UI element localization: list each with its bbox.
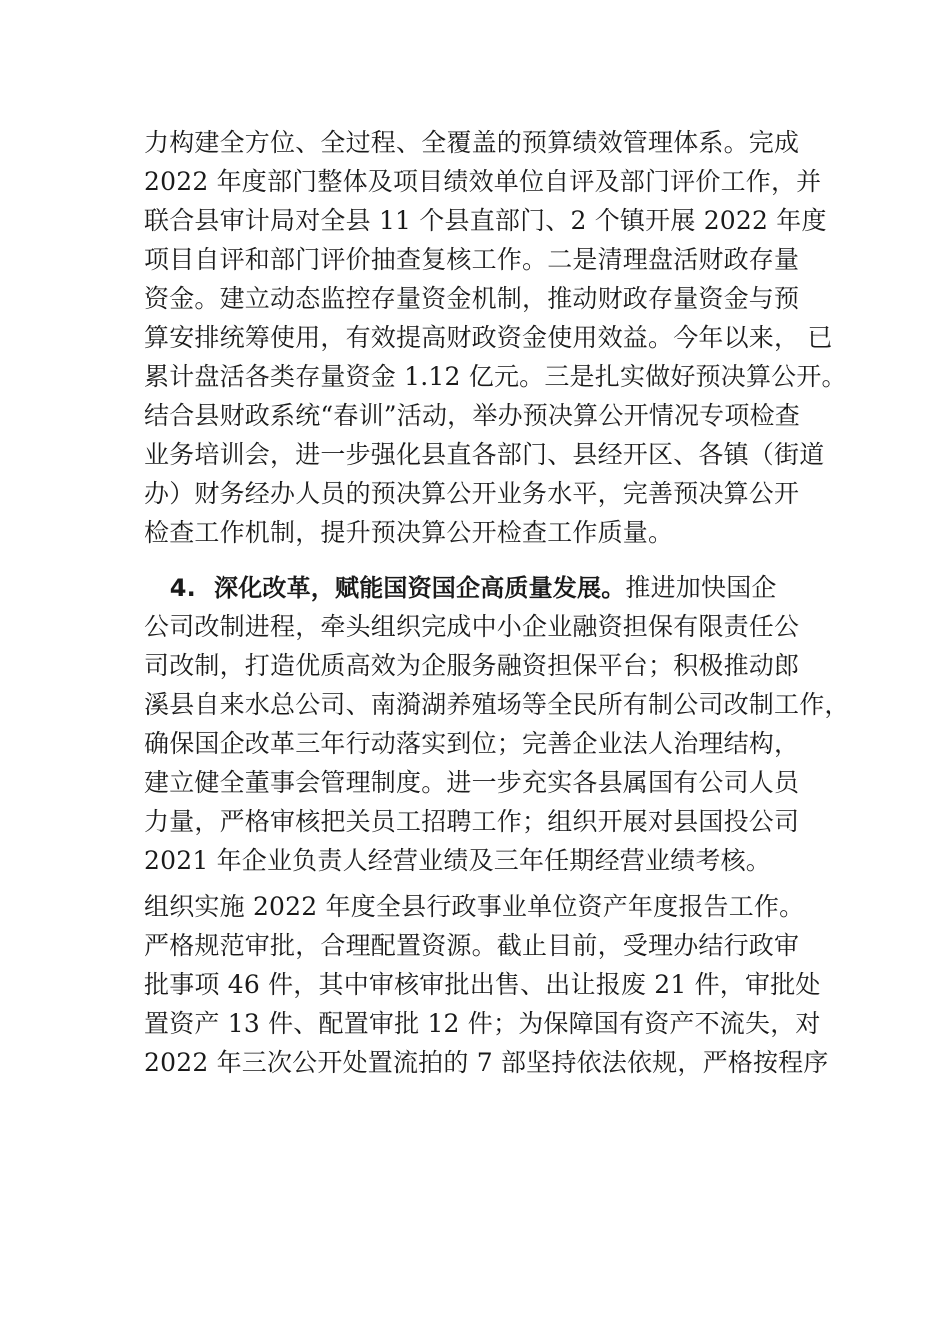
text-line: 2021 年企业负责人经营业绩及三年任期经营业绩考核。 bbox=[144, 846, 844, 876]
text-line: 司改制，打造优质高效为企服务融资担保平台；积极推动郎 bbox=[144, 651, 844, 681]
section-heading-line: 4.深化改革，赋能国资国企高质量发展。推进加快国企 bbox=[144, 573, 844, 603]
text-line: 2022 年度部门整体及项目绩效单位自评及部门评价工作，并 bbox=[144, 167, 844, 197]
text-line: 组织实施 2022 年度全县行政事业单位资产年度报告工作。 bbox=[144, 892, 844, 922]
text-line: 累计盘活各类存量资金 1.12 亿元。三是扎实做好预决算公开。 bbox=[144, 362, 844, 392]
text-line: 公司改制进程，牵头组织完成中小企业融资担保有限责任公 bbox=[144, 612, 844, 642]
text-line: 联合县审计局对全县 11 个县直部门、2 个镇开展 2022 年度 bbox=[144, 206, 844, 236]
text-line: 项目自评和部门评价抽查复核工作。二是清理盘活财政存量 bbox=[144, 245, 844, 275]
text-line: 置资产 13 件、配置审批 12 件；为保障国有资产不流失，对 bbox=[144, 1009, 844, 1039]
section-number: 4. bbox=[144, 573, 196, 603]
text-line: 严格规范审批，合理配置资源。截止目前，受理办结行政审 bbox=[144, 931, 844, 961]
text-line: 结合县财政系统“春训”活动，举办预决算公开情况专项检查 bbox=[144, 401, 844, 431]
text-line: 建立健全董事会管理制度。进一步充实各县属国有公司人员 bbox=[144, 768, 844, 798]
text-line: 业务培训会，进一步强化县直各部门、县经开区、各镇（街道 bbox=[144, 440, 844, 470]
text-line: 确保国企改革三年行动落实到位；完善企业法人治理结构， bbox=[144, 729, 844, 759]
text-line: 2022 年三次公开处置流拍的 7 部坚持依法依规，严格按程序 bbox=[144, 1048, 844, 1078]
text-line: 力构建全方位、全过程、全覆盖的预算绩效管理体系。完成 bbox=[144, 128, 844, 158]
text-line: 办）财务经办人员的预决算公开业务水平，完善预决算公开 bbox=[144, 479, 844, 509]
text-line: 力量，严格审核把关员工招聘工作；组织开展对县国投公司 bbox=[144, 807, 844, 837]
text-line: 溪县自来水总公司、南漪湖养殖场等全民所有制公司改制工作， bbox=[144, 690, 844, 720]
document-page: 力构建全方位、全过程、全覆盖的预算绩效管理体系。完成 2022 年度部门整体及项… bbox=[0, 0, 950, 1344]
text-line: 资金。建立动态监控存量资金机制，推动财政存量资金与预 bbox=[144, 284, 844, 314]
text-run: 推进加快国企 bbox=[625, 573, 776, 602]
section-heading: 深化改革，赋能国资国企高质量发展。 bbox=[214, 574, 625, 602]
text-line: 检查工作机制，提升预决算公开检查工作质量。 bbox=[144, 518, 844, 548]
text-line: 算安排统筹使用，有效提高财政资金使用效益。今年以来， 已 bbox=[144, 323, 844, 353]
text-line: 批事项 46 件，其中审核审批出售、出让报废 21 件，审批处 bbox=[144, 970, 844, 1000]
